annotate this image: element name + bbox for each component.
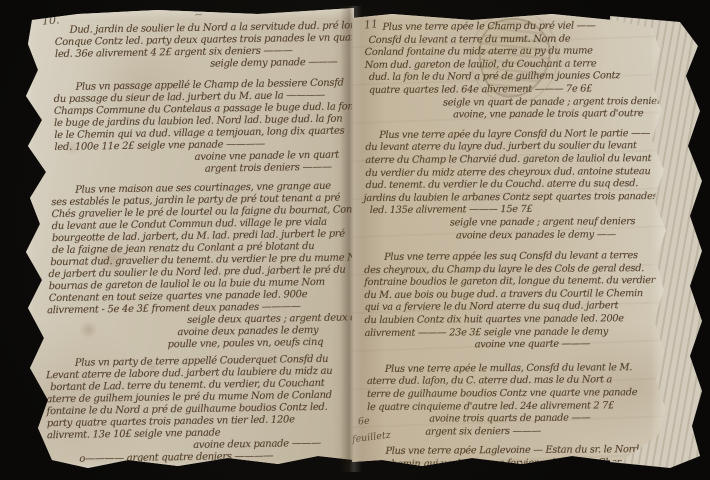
manuscript-line: Plus vne terre apée le mullas, Consfd du… <box>385 362 671 377</box>
manuscript-line: o———— argent quatre deniers ———— <box>79 449 357 465</box>
manuscript-line: jardins du laubien le arbanes Contz sept… <box>364 191 670 206</box>
manuscript-line: argent trois deniers ——— <box>205 161 353 175</box>
manuscript-line: argent six deniers ——— <box>425 425 671 439</box>
left-page: 10. ∼ Dud. jardin de soulier le du Nord … <box>18 8 354 474</box>
manuscript-line: avoine, vne panade le trois quart d'outr… <box>453 108 669 122</box>
ink-flourish: ∼ <box>193 7 204 21</box>
manuscript-photo: 10. ∼ Dud. jardin de soulier le du Nord … <box>0 0 710 480</box>
manuscript-line: seigle demy panade ——— <box>210 56 351 70</box>
margin-note-folio-count: 6e <box>358 416 371 428</box>
manuscript-line: poulle vne, poules vn, oeufs cinq <box>168 336 356 351</box>
manuscript-line: terre de guilhaume boudios Contz vne qua… <box>367 387 671 402</box>
right-page-text: Plus vne terre apée le Champ du pré viel… <box>354 20 671 472</box>
manuscript-line: avoine vne quarte ——— <box>475 338 671 352</box>
left-page-text: Dud. jardin de soulier le du Nord a la s… <box>15 20 358 466</box>
right-page: 11 ∼ Plus vne terre apée le Champ du pré… <box>352 10 670 480</box>
manuscript-line: avoine deux panades le demy —— <box>456 228 670 242</box>
